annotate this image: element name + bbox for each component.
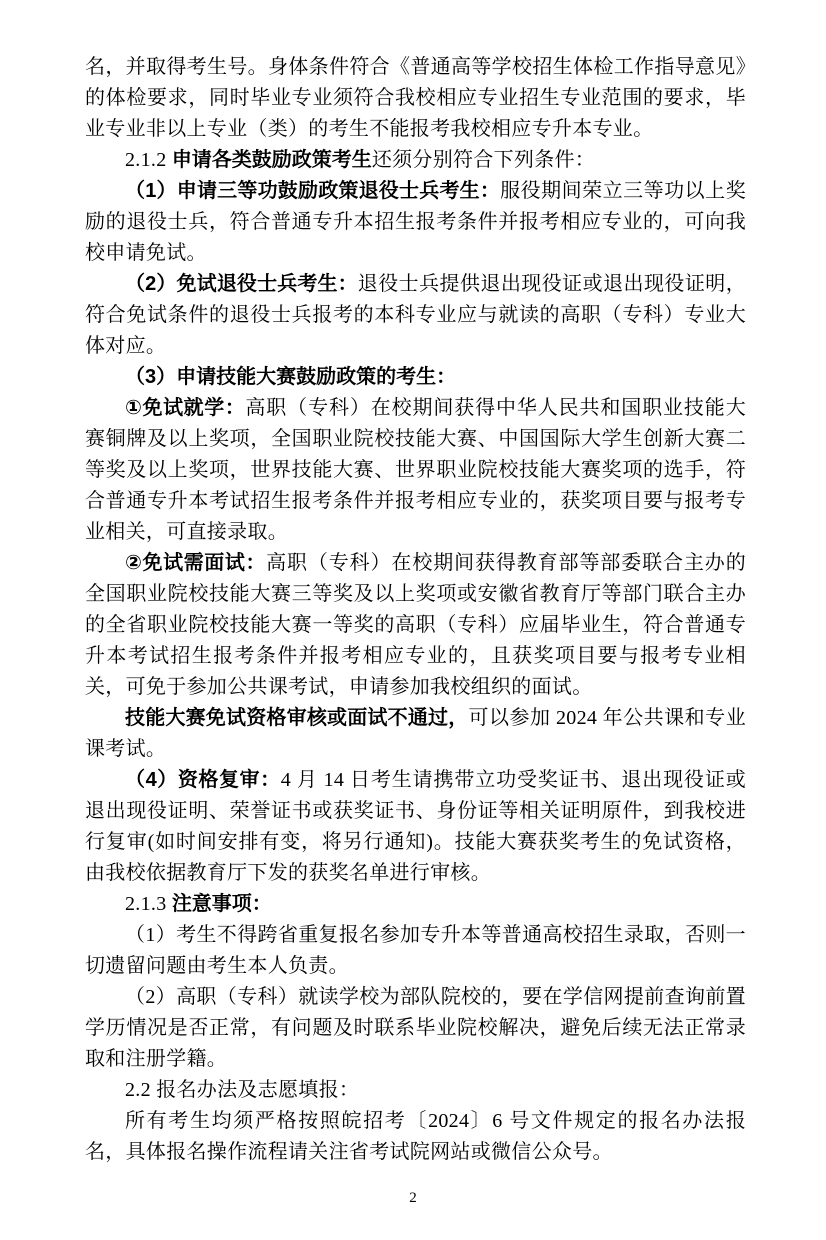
paragraph: 技能大赛免试资格审核或面试不通过，可以参加 2024 年公共课和专业课考试。 bbox=[85, 703, 746, 765]
paragraph: （1）考生不得跨省重复报名参加专升本等普通高校招生录取，否则一切遗留问题由考生本… bbox=[85, 920, 746, 982]
text-run: 2.1.3 bbox=[125, 893, 172, 915]
page-number: 2 bbox=[0, 1188, 826, 1208]
emphasis-text-run: 技能大赛免试资格审核或面试不通过， bbox=[125, 707, 468, 729]
text-run: 所有考生均须严格按照皖招考〔2024〕6 号文件规定的报名办法报名，具体报名操作… bbox=[85, 1110, 746, 1163]
document-body: 名，并取得考生号。身体条件符合《普通高等学校招生体检工作指导意见》的体检要求，同… bbox=[85, 52, 746, 1168]
emphasis-text-run: ②免试需面试： bbox=[125, 552, 266, 574]
paragraph: ①免试就学：高职（专科）在校期间获得中华人民共和国职业技能大赛铜牌及以上奖项，全… bbox=[85, 393, 746, 548]
paragraph: 2.2 报名办法及志愿填报： bbox=[85, 1075, 746, 1106]
text-run: 还须分别符合下列条件： bbox=[372, 149, 595, 171]
emphasis-text-run: （2）免试退役士兵考生： bbox=[125, 273, 358, 295]
text-run: （1）考生不得跨省重复报名参加专升本等普通高校招生录取，否则一切遗留问题由考生本… bbox=[85, 924, 746, 977]
emphasis-text-run: （4）资格复审： bbox=[125, 769, 281, 791]
paragraph: 所有考生均须严格按照皖招考〔2024〕6 号文件规定的报名办法报名，具体报名操作… bbox=[85, 1106, 746, 1168]
emphasis-text-run: （3）申请技能大赛鼓励政策的考生： bbox=[125, 366, 456, 388]
paragraph: ②免试需面试：高职（专科）在校期间获得教育部等部委联合主办的全国职业院校技能大赛… bbox=[85, 548, 746, 703]
text-run: 2.2 报名办法及志愿填报： bbox=[125, 1079, 359, 1101]
paragraph: 2.1.3 注意事项： bbox=[85, 889, 746, 920]
document-page: { "document": { "paragraphs": [ { "inden… bbox=[0, 0, 826, 1240]
paragraph: （4）资格复审：4 月 14 日考生请携带立功受奖证书、退出现役证或退出现役证明… bbox=[85, 765, 746, 889]
page-background: 名，并取得考生号。身体条件符合《普通高等学校招生体检工作指导意见》的体检要求，同… bbox=[0, 0, 826, 1240]
text-run: 2.1.2 bbox=[125, 149, 172, 171]
paragraph: （2）免试退役士兵考生：退役士兵提供退出现役证或退出现役证明，符合免试条件的退役… bbox=[85, 269, 746, 362]
emphasis-text-run: 申请各类鼓励政策考生 bbox=[172, 149, 372, 171]
paragraph: 2.1.2 申请各类鼓励政策考生还须分别符合下列条件： bbox=[85, 145, 746, 176]
emphasis-text-run: ①免试就学： bbox=[125, 397, 245, 419]
paragraph: （2）高职（专科）就读学校为部队院校的，要在学信网提前查询前置学历情况是否正常，… bbox=[85, 982, 746, 1075]
text-run: 名，并取得考生号。身体条件符合《普通高等学校招生体检工作指导意见》的体检要求，同… bbox=[85, 56, 746, 140]
emphasis-text-run: （1）申请三等功鼓励政策退役士兵考生： bbox=[125, 180, 500, 202]
paragraph: （3）申请技能大赛鼓励政策的考生： bbox=[85, 362, 746, 393]
text-run: （2）高职（专科）就读学校为部队院校的，要在学信网提前查询前置学历情况是否正常，… bbox=[85, 986, 746, 1070]
paragraph: 名，并取得考生号。身体条件符合《普通高等学校招生体检工作指导意见》的体检要求，同… bbox=[85, 52, 746, 145]
emphasis-text-run: 注意事项： bbox=[172, 893, 272, 915]
paragraph: （1）申请三等功鼓励政策退役士兵考生：服役期间荣立三等功以上奖励的退役士兵，符合… bbox=[85, 176, 746, 269]
